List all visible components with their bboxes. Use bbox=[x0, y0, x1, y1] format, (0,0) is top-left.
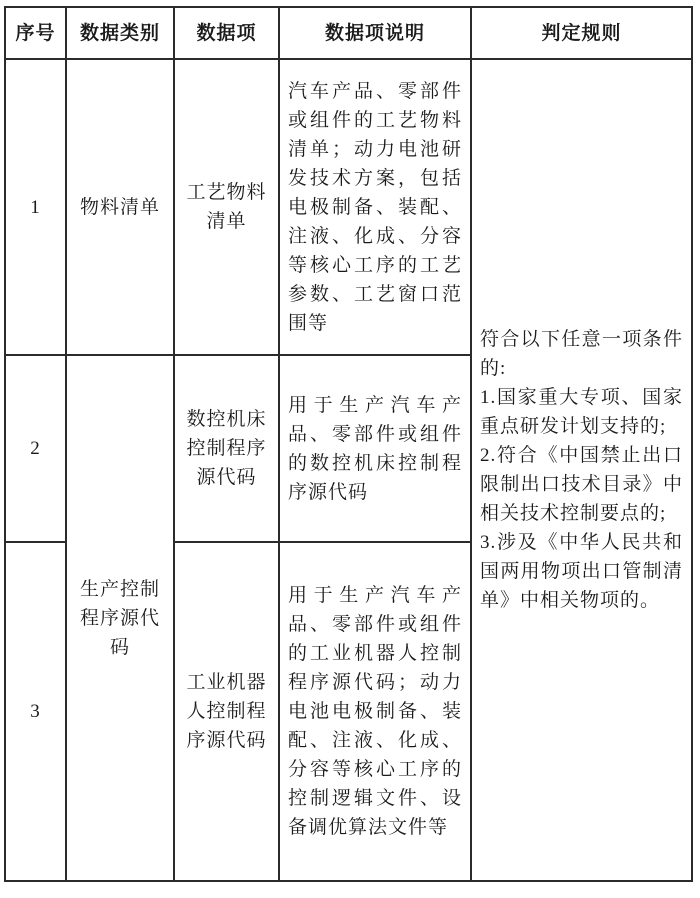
header-cell-rule: 判定规则 bbox=[471, 7, 692, 59]
row1-category-cell: 物料清单 bbox=[66, 59, 174, 355]
table-row-1: 1 物料清单 工艺物料清单 汽车产品、零部件或组件的工艺物料清单；动力电池研发技… bbox=[5, 59, 692, 355]
header-cell-description: 数据项说明 bbox=[279, 7, 471, 59]
header-cell-no: 序号 bbox=[5, 7, 66, 59]
row1-item-cell: 工艺物料清单 bbox=[174, 59, 279, 355]
header-row: 序号 数据类别 数据项 数据项说明 判定规则 bbox=[5, 7, 692, 59]
row3-item-cell: 工业机器人控制程序源代码 bbox=[174, 542, 279, 881]
data-classification-table: 序号 数据类别 数据项 数据项说明 判定规则 1 物料清单 工艺物料清单 汽车产… bbox=[4, 6, 693, 882]
row1-no-cell: 1 bbox=[5, 59, 66, 355]
row3-description-cell: 用于生产汽车产品、零部件或组件的工业机器人控制程序源代码；动力电池电极制备、装配… bbox=[279, 542, 471, 881]
row1-description-cell: 汽车产品、零部件或组件的工艺物料清单；动力电池研发技术方案，包括电极制备、装配、… bbox=[279, 59, 471, 355]
document-page: 序号 数据类别 数据项 数据项说明 判定规则 1 物料清单 工艺物料清单 汽车产… bbox=[0, 6, 700, 898]
row2-no-cell: 2 bbox=[5, 355, 66, 542]
row3-no-cell: 3 bbox=[5, 542, 66, 881]
header-cell-category: 数据类别 bbox=[66, 7, 174, 59]
row2-category-merged-cell: 生产控制程序源代码 bbox=[66, 355, 174, 881]
row2-item-cell: 数控机床控制程序源代码 bbox=[174, 355, 279, 542]
row2-description-cell: 用于生产汽车产品、零部件或组件的数控机床控制程序源代码 bbox=[279, 355, 471, 542]
rule-merged-cell: 符合以下任意一项条件的: 1.国家重大专项、国家重点研发计划支持的; 2.符合《… bbox=[471, 59, 692, 881]
header-cell-item: 数据项 bbox=[174, 7, 279, 59]
